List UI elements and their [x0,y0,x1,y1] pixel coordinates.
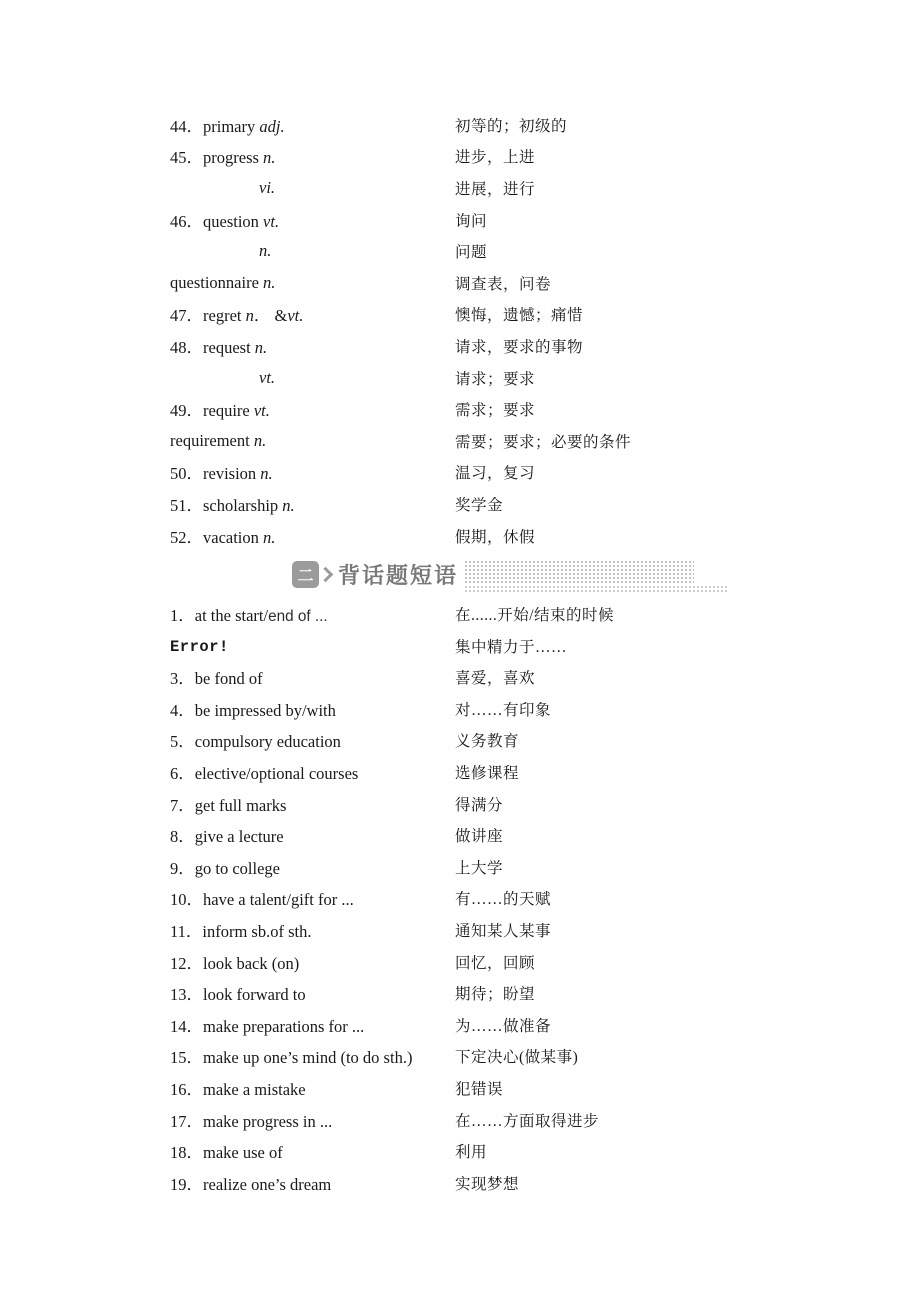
chinese-translation: 利用 [455,1140,487,1162]
vocab-row: 51．scholarship n.奖学金 [0,488,920,520]
chinese-translation: 有……的天赋 [455,887,551,909]
english-term: 18．make use of [170,1139,455,1163]
phrase-row: 1．at the start/end of ...在......开始/结束的时候 [0,598,920,630]
chinese-translation: 为……做准备 [455,1014,551,1036]
english-term: 12．look back (on) [170,950,455,974]
chinese-translation: 做讲座 [455,824,503,846]
english-term: 50．revision n. [170,460,455,484]
term-segment: vt. [259,368,275,387]
english-term: 8．give a lecture [170,823,455,847]
chinese-translation: 对……有印象 [455,698,551,720]
chinese-translation: 下定决心(做某事) [455,1045,578,1067]
item-number: 49． [170,401,203,420]
section-number-icon: 二 [292,561,319,588]
term-segment: n. [263,273,275,292]
english-term: 45．progress n. [170,144,455,168]
english-term: 17．make progress in ... [170,1108,455,1132]
item-number: 8． [170,827,195,846]
term-segment: vi. [259,178,275,197]
english-term: questionnaire n. [170,273,455,293]
english-term: vi. [170,178,455,198]
term-segment: n. [263,148,275,167]
item-number: 13． [170,985,203,1004]
phrase-row: 3．be fond of喜爱，喜欢 [0,662,920,694]
term-segment: look forward to [203,985,306,1004]
english-term: 9．go to college [170,855,455,879]
dotted-divider-band-lower [464,585,728,593]
item-number: 3． [170,669,195,688]
phrase-row: 15．make up one’s mind (to do sth.)下定决心(做… [0,1041,920,1073]
section-header: 二 背话题短语 [0,551,920,598]
term-segment: vt. [287,306,303,325]
term-segment: vacation [203,528,263,547]
term-segment: be impressed by/with [195,701,336,720]
term-segment: inform sb.of sth. [202,922,311,941]
phrase-row: 10．have a talent/gift for ...有……的天赋 [0,883,920,915]
term-segment: request [203,338,255,357]
chinese-translation: 义务教育 [455,729,519,751]
item-number: 47． [170,306,203,325]
chinese-translation: 集中精力于…… [455,635,567,657]
term-segment: questionnaire [170,273,263,292]
chinese-translation: 温习，复习 [455,461,535,483]
term-segment: Error! [170,638,229,656]
vocab-row: 52．vacation n.假期，休假 [0,520,920,552]
term-segment: go to college [195,859,280,878]
english-term: 44．primary adj. [170,113,455,137]
item-number: 6． [170,764,195,783]
vocab-row: 49．require vt.需求；要求 [0,393,920,425]
term-segment: n. [255,338,267,357]
chinese-translation: 问题 [455,240,487,262]
vocab-row: questionnaire n.调查表，问卷 [0,267,920,299]
term-segment: require [203,401,254,420]
term-segment: compulsory education [195,732,341,751]
vocab-word-list: 44．primary adj.初等的；初级的45．progress n.进步，上… [0,0,920,551]
item-number: 50． [170,464,203,483]
item-number: 11． [170,922,202,941]
term-segment: elective/optional courses [195,764,359,783]
item-number: 19． [170,1175,203,1194]
english-term: 48．request n. [170,334,455,358]
term-segment: realize one’s dream [203,1175,331,1194]
dotted-divider-band [464,560,694,585]
item-number: 44． [170,117,203,136]
phrase-row: 12．look back (on)回忆，回顾 [0,946,920,978]
term-segment: have a talent/gift for ... [203,890,354,909]
chinese-translation: 期待；盼望 [455,982,535,1004]
english-term: Error! [170,636,455,656]
english-term: n. [170,241,455,261]
chinese-translation: 询问 [455,209,487,231]
english-term: 19．realize one’s dream [170,1171,455,1195]
term-segment: make preparations for ... [203,1017,364,1036]
phrase-row: 17．make progress in ...在……方面取得进步 [0,1104,920,1136]
vocab-row: 45．progress n.进步，上进 [0,141,920,173]
english-term: 11．inform sb.of sth. [170,918,455,942]
term-segment: n [246,306,254,325]
term-segment: scholarship [203,496,282,515]
chinese-translation: 在……方面取得进步 [455,1109,599,1131]
term-segment: end of ... [268,608,328,625]
term-segment: primary [203,117,259,136]
vocab-row: vt.请求；要求 [0,362,920,394]
phrase-row: 4．be impressed by/with对……有印象 [0,693,920,725]
item-number: 4． [170,701,195,720]
chinese-translation: 选修课程 [455,761,519,783]
chinese-translation: 得满分 [455,793,503,815]
vocab-row: vi.进展，进行 [0,172,920,204]
phrase-list: 1．at the start/end of ...在......开始/结束的时候… [0,598,920,1198]
chinese-translation: 请求，要求的事物 [455,335,583,357]
item-number: 5． [170,732,195,751]
english-term: 15．make up one’s mind (to do sth.) [170,1044,455,1068]
item-number: 10． [170,890,203,909]
term-segment: vt. [263,212,279,231]
phrase-row: 18．make use of利用 [0,1135,920,1167]
term-segment: make progress in ... [203,1112,332,1131]
item-number: 15． [170,1048,203,1067]
vocab-row: n.问题 [0,235,920,267]
item-number: 14． [170,1017,203,1036]
dotted-divider [464,558,734,594]
term-segment: get full marks [195,796,287,815]
term-segment: n. [282,496,294,515]
term-segment: n. [254,431,266,450]
phrase-row: 19．realize one’s dream实现梦想 [0,1167,920,1199]
item-number: 7． [170,796,195,815]
english-term: 14．make preparations for ... [170,1013,455,1037]
phrase-row: 14．make preparations for ...为……做准备 [0,1009,920,1041]
vocab-row: 50．revision n.温习，复习 [0,457,920,489]
english-term: 51．scholarship n. [170,492,455,516]
item-number: 9． [170,859,195,878]
document-page: 44．primary adj.初等的；初级的45．progress n.进步，上… [0,0,920,1302]
english-term: 5．compulsory education [170,728,455,752]
phrase-row: 8．give a lecture做讲座 [0,819,920,851]
chinese-translation: 回忆，回顾 [455,951,535,973]
chinese-translation: 需求；要求 [455,398,535,420]
item-number: 17． [170,1112,203,1131]
english-term: 52．vacation n. [170,524,455,548]
english-term: vt. [170,368,455,388]
section-title: 背话题短语 [338,559,458,590]
english-term: 4．be impressed by/with [170,697,455,721]
english-term: 10．have a talent/gift for ... [170,886,455,910]
item-number: 1． [170,606,195,625]
term-segment: n. [259,241,271,260]
item-number: 48． [170,338,203,357]
item-number: 51． [170,496,203,515]
chinese-translation: 进步，上进 [455,145,535,167]
vocab-row: 47．regret n． &vt.懊悔，遗憾；痛惜 [0,299,920,331]
term-segment: progress [203,148,263,167]
english-term: 7．get full marks [170,792,455,816]
item-number: 12． [170,954,203,973]
english-term: 13．look forward to [170,981,455,1005]
chinese-translation: 犯错误 [455,1077,503,1099]
term-segment: look back (on) [203,954,299,973]
term-segment: requirement [170,431,254,450]
item-number: 18． [170,1143,203,1162]
item-number: 52． [170,528,203,547]
term-segment: be fond of [195,669,263,688]
term-segment: question [203,212,263,231]
phrase-row: 6．elective/optional courses选修课程 [0,756,920,788]
chinese-translation: 实现梦想 [455,1172,519,1194]
english-term: 47．regret n． &vt. [170,302,455,326]
english-term: 3．be fond of [170,665,455,689]
chinese-translation: 懊悔，遗憾；痛惜 [455,303,583,325]
english-term: 46．question vt. [170,208,455,232]
term-segment: revision [203,464,260,483]
phrase-row: 7．get full marks得满分 [0,788,920,820]
term-segment: n. [263,528,275,547]
item-number: 46． [170,212,203,231]
phrase-row: 16．make a mistake犯错误 [0,1072,920,1104]
phrase-row: 11．inform sb.of sth.通知某人某事 [0,914,920,946]
item-number: 45． [170,148,203,167]
chevron-right-icon [318,567,334,583]
chinese-translation: 喜爱，喜欢 [455,666,535,688]
chinese-translation: 调查表，问卷 [455,272,551,294]
english-term: 1．at the start/end of ... [170,602,455,626]
chinese-translation: 奖学金 [455,493,503,515]
item-number: 16． [170,1080,203,1099]
english-term: 16．make a mistake [170,1076,455,1100]
english-term: 6．elective/optional courses [170,760,455,784]
term-segment: make use of [203,1143,283,1162]
chinese-translation: 请求；要求 [455,367,535,389]
chinese-translation: 进展，进行 [455,177,535,199]
chinese-translation: 在......开始/结束的时候 [455,603,614,625]
term-segment: ． & [254,306,287,325]
phrase-row: 5．compulsory education义务教育 [0,725,920,757]
chinese-translation: 通知某人某事 [455,919,551,941]
chinese-translation: 需要；要求；必要的条件 [455,430,631,452]
term-segment: regret [203,306,246,325]
term-segment: make a mistake [203,1080,306,1099]
chinese-translation: 初等的；初级的 [455,114,567,136]
term-segment: at the start/ [195,606,268,625]
term-segment: n. [260,464,272,483]
chinese-translation: 上大学 [455,856,503,878]
phrase-row: 13．look forward to期待；盼望 [0,977,920,1009]
english-term: 49．require vt. [170,397,455,421]
term-segment: adj. [259,117,284,136]
phrase-row: Error!集中精力于…… [0,630,920,662]
vocab-row: 48．request n.请求，要求的事物 [0,330,920,362]
term-segment: vt. [254,401,270,420]
chinese-translation: 假期，休假 [455,525,535,547]
english-term: requirement n. [170,431,455,451]
vocab-row: 44．primary adj.初等的；初级的 [0,109,920,141]
vocab-row: requirement n.需要；要求；必要的条件 [0,425,920,457]
term-segment: make up one’s mind (to do sth.) [203,1048,412,1067]
term-segment: give a lecture [195,827,284,846]
phrase-row: 9．go to college上大学 [0,851,920,883]
vocab-row: 46．question vt.询问 [0,204,920,236]
